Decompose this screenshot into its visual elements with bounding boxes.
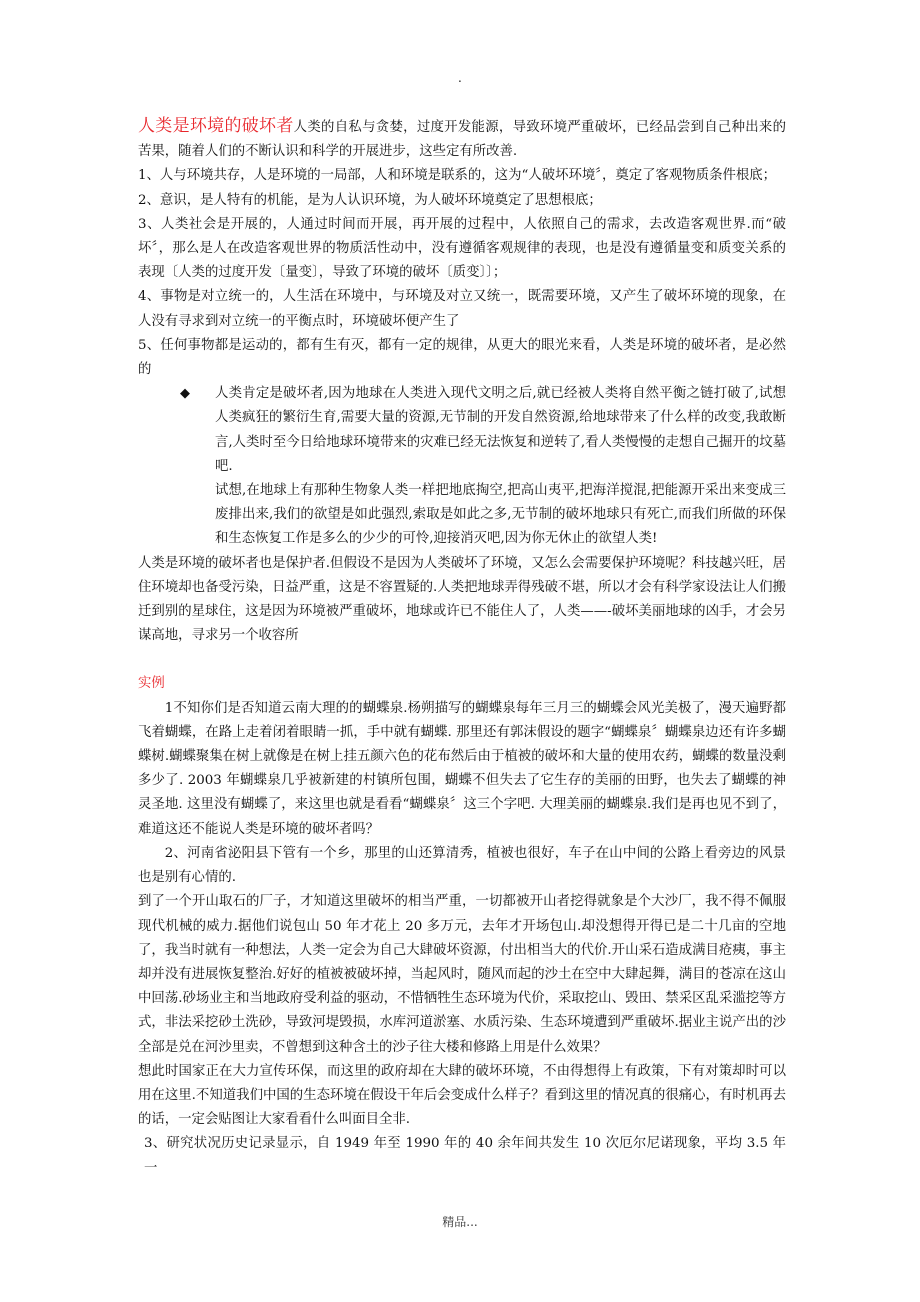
bullet-block: ◆ 人类肯定是破坏者,因为地球在人类进入现代文明之后,就已经被人类将自然平衡之链… <box>138 382 786 551</box>
example-2-reflection: 想此时国家正在大力宣传环保，而这里的政府却在大肆的破坏环境，不由得想得上有政策，… <box>138 1060 786 1133</box>
point-1: 1、人与环境共存，人是环境的一局部，人和环境是联系的，这为“人破坏环境〞，奠定了… <box>138 164 786 188</box>
example-3: 3、研究状况历史记录显示，自 1949 年至 1990 年的 40 余年间共发生… <box>138 1132 786 1180</box>
intro-paragraph: 人类是环境的破坏者人类的自私与贪婪，过度开发能源，导致环境严重破坏，已经品尝到自… <box>138 114 786 164</box>
point-3: 3、人类社会是开展的，人通过时间而开展，再开展的过程中，人依照自己的需求，去改造… <box>138 213 786 286</box>
example-1: 1不知你们是否知道云南大理的的蝴蝶泉.杨朔描写的蝴蝶泉每年三月三的蝴蝶会风光美极… <box>138 697 786 842</box>
spacer <box>138 648 786 672</box>
bullet-paragraph-1: 人类肯定是破坏者,因为地球在人类进入现代文明之后,就已经被人类将自然平衡之链打破… <box>215 382 786 479</box>
header-mark: . <box>458 72 462 84</box>
point-4: 4、事物是对立统一的，人生活在环境中，与环境及对立又统一，既需要环境，又产生了破… <box>138 285 786 333</box>
page-footer: 精品... <box>0 1213 920 1230</box>
examples-heading: 实例 <box>138 672 786 696</box>
example-2-intro: 2、河南省泌阳县下管有一个乡，那里的山还算清秀，植被也很好，车子在山中间的公路上… <box>138 842 786 890</box>
example-2-body: 到了一个开山取石的厂子，才知道这里破坏的相当严重，一切都被开山者挖得就象是个大沙… <box>138 890 786 1059</box>
bullet-paragraph-2: 试想,在地球上有那种生物象人类一样把地底掏空,把高山夷平,把海洋搅混,把能源开采… <box>215 479 786 552</box>
point-2: 2、意识，是人特有的机能，是为人认识环境，为人破坏环境奠定了思想根底； <box>138 189 786 213</box>
point-5: 5、任何事物都是运动的，都有生有灭，都有一定的规律，从更大的眼光来看，人类是环境… <box>138 334 786 382</box>
diamond-bullet-icon: ◆ <box>180 382 190 406</box>
intro-title: 人类是环境的破坏者 <box>138 116 294 136</box>
document-page: . 人类是环境的破坏者人类的自私与贪婪，过度开发能源，导致环境严重破坏，已经品尝… <box>0 0 920 1302</box>
document-body: 人类是环境的破坏者人类的自私与贪婪，过度开发能源，导致环境严重破坏，已经品尝到自… <box>138 114 786 1181</box>
protector-paragraph: 人类是环境的破坏者也是保护者.但假设不是因为人类破坏了环境，又怎么会需要保护环境… <box>138 552 786 649</box>
